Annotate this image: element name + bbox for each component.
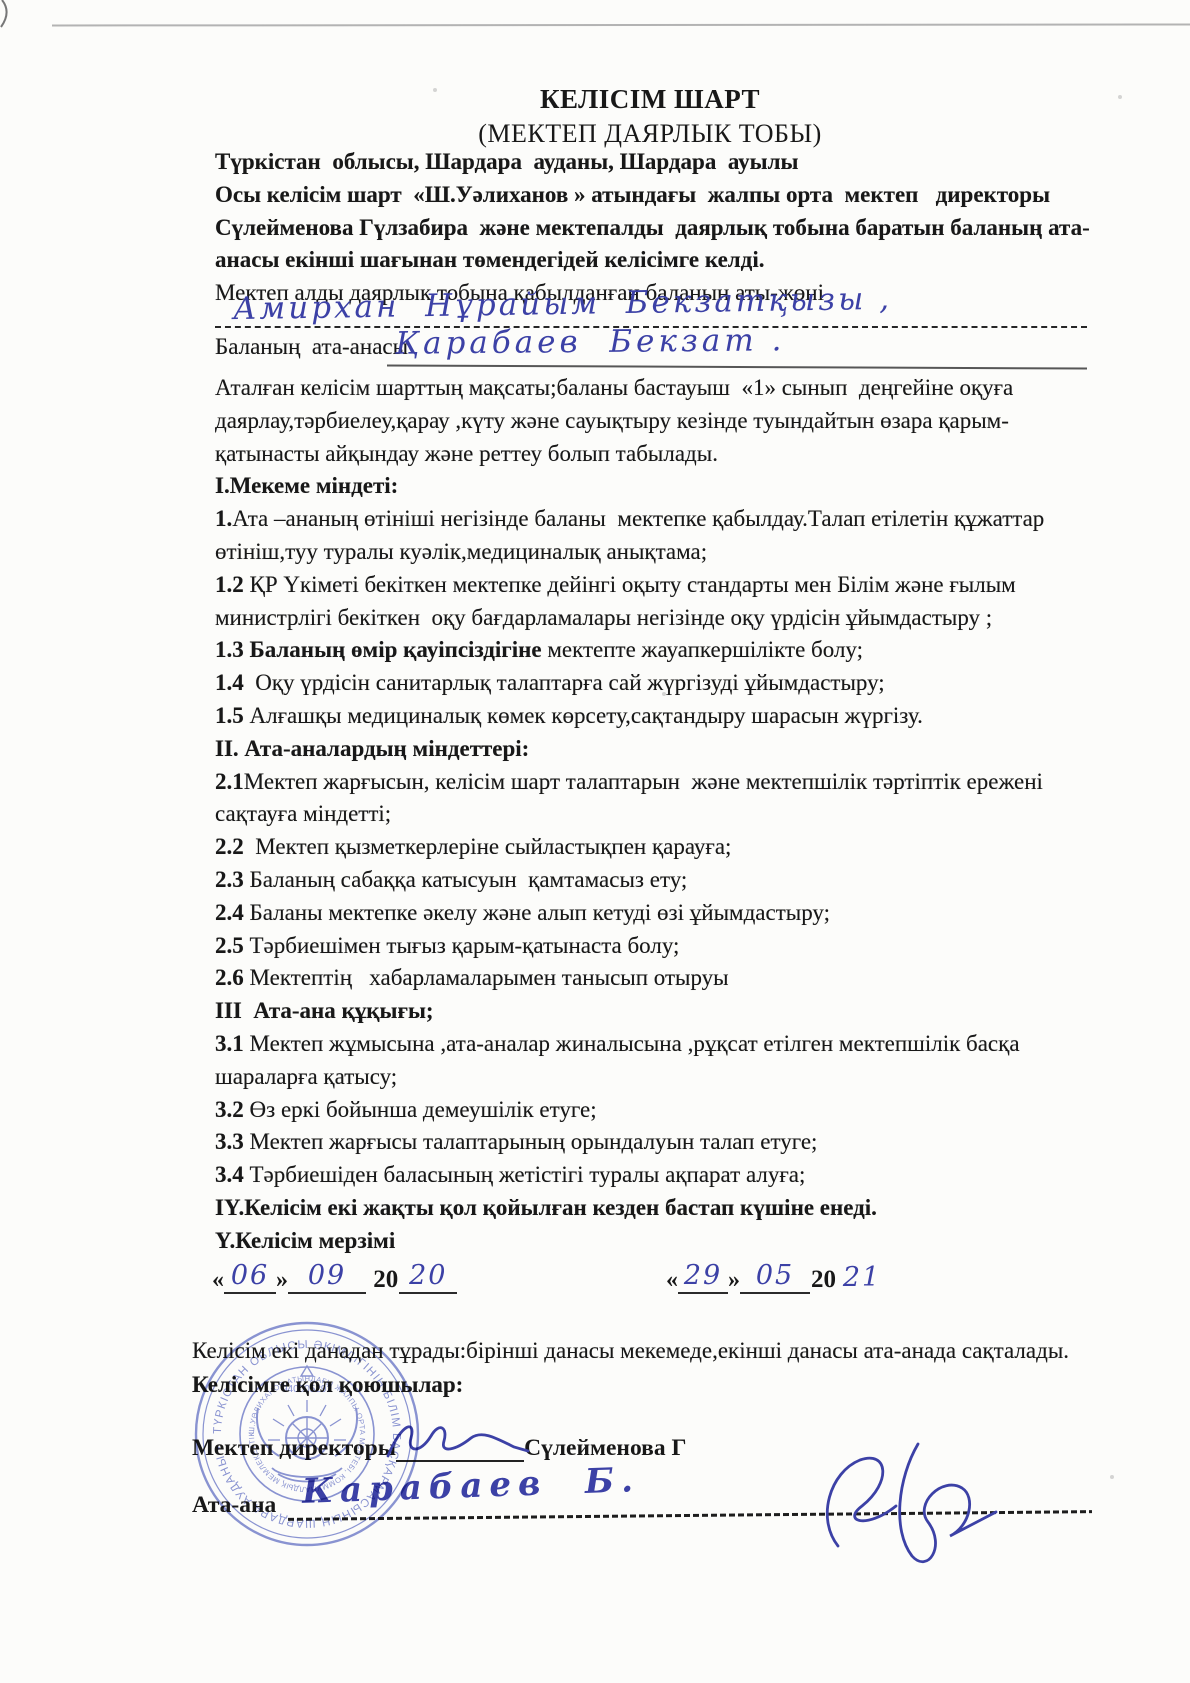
open-quote: « bbox=[666, 1267, 678, 1293]
line-bold-text: ІY.Келісім екі жақты қол қойылған кезден… bbox=[215, 1195, 877, 1220]
line-regular-text: Аталған келісім шарттың мақсаты;баланы б… bbox=[215, 375, 1013, 400]
text-line: министрлігі бекіткен оқу бағдарламалары … bbox=[215, 602, 1095, 635]
text-line: анасы екінші шағынан төмендегідей келісі… bbox=[215, 244, 1095, 277]
text-line: 2.6 Мектептің хабарламаларымен танысып о… bbox=[215, 962, 1095, 995]
scan-speck bbox=[1118, 95, 1122, 99]
line-bold-text: І.Мекеме міндеті: bbox=[215, 473, 398, 498]
line-bold-text: 1. bbox=[215, 506, 232, 531]
year-handwriting: 20 bbox=[409, 1260, 447, 1291]
line-bold-text: ІІІ Ата-ана құқығы; bbox=[215, 998, 434, 1023]
line-regular-text: Мектеп жұмысына ,ата-аналар жиналысына ,… bbox=[244, 1031, 1020, 1056]
end-date: «29»052021 bbox=[666, 1262, 887, 1294]
text-line: Осы келісім шарт «Ш.Уәлиханов » атындағы… bbox=[215, 179, 1095, 212]
line-bold-text: 3.4 bbox=[215, 1162, 244, 1187]
text-line: 1.5 Алғашқы медициналық көмек көрсету,са… bbox=[215, 700, 1095, 733]
director-name: Сүлейменова Г bbox=[524, 1435, 686, 1461]
line-regular-text: Алғашқы медициналық көмек көрсету,сақтан… bbox=[244, 703, 923, 728]
line-bold-text: 3.1 bbox=[215, 1031, 244, 1056]
text-line: ІY.Келісім екі жақты қол қойылған кезден… bbox=[215, 1192, 1095, 1225]
line-regular-text: Баланы мектепке әкелу және алып кетуді ө… bbox=[244, 900, 830, 925]
text-line: 2.1Мектеп жарғысын, келісім шарт талапта… bbox=[215, 766, 1095, 799]
line-regular-text: министрлігі бекіткен оқу бағдарламалары … bbox=[215, 605, 992, 630]
text-line: 3.1 Мектеп жұмысына ,ата-аналар жиналысы… bbox=[215, 1028, 1095, 1061]
line-regular-text: Мектеп қызметкерлеріне сыйластықпен қара… bbox=[244, 834, 732, 859]
line-bold-text: 2.5 bbox=[215, 933, 244, 958]
month-handwriting: 09 bbox=[308, 1260, 346, 1291]
line-bold-text: Сүлейменова Гүлзабира және мектепалды да… bbox=[215, 215, 1090, 240]
year-prefix: 20 bbox=[810, 1266, 837, 1293]
line-regular-text: қатынасты айқындау және реттеу болып таб… bbox=[215, 441, 718, 466]
line-regular-text: Тәрбиешімен тығыз қарым-қатынаста болу; bbox=[244, 933, 680, 958]
parent-name-label: Баланың ата-анасы bbox=[215, 334, 414, 359]
text-line: І.Мекеме міндеті: bbox=[215, 470, 1095, 503]
line-bold-text: 2.2 bbox=[215, 834, 244, 859]
line-bold-text: 2.6 bbox=[215, 965, 244, 990]
line-bold-text: ІІ. Ата-аналардың міндеттері: bbox=[215, 736, 529, 761]
line-regular-text: мектепте жауапкершілікте болу; bbox=[542, 637, 863, 662]
scanned-document-page: КЕЛІСІМ ШАРТ (МЕКТЕП ДАЯРЛЫК ТОБЫ) Түркі… bbox=[0, 0, 1190, 1683]
line-bold-text: Түркістан облысы, Шардара ауданы, Шардар… bbox=[215, 149, 799, 174]
line-bold-text: анасы екінші шағынан төмендегідей келісі… bbox=[215, 247, 764, 272]
line-bold-text: 3.2 bbox=[215, 1097, 244, 1122]
text-line: 2.5 Тәрбиешімен тығыз қарым-қатынаста бо… bbox=[215, 930, 1095, 963]
line-regular-text: ҚР Үкіметі бекіткен мектепке дейінгі оқы… bbox=[244, 572, 1016, 597]
corner-pen-mark bbox=[0, 0, 20, 30]
text-line: қатынасты айқындау және реттеу болып таб… bbox=[215, 438, 1095, 471]
text-line: 1.2 ҚР Үкіметі бекіткен мектепке дейінгі… bbox=[215, 569, 1095, 602]
line-regular-text: өтініш,туу туралы куәлік,медициналық аны… bbox=[215, 539, 707, 564]
parent-name-field: Баланың ата-анасы Қарабаев Бекзат . bbox=[215, 334, 1087, 372]
line-regular-text: Өз еркі бойынша демеушілік етуге; bbox=[244, 1097, 597, 1122]
text-line: 1.4 Оқу үрдісін санитарлық талаптарға са… bbox=[215, 667, 1095, 700]
line-bold-text: 3.3 bbox=[215, 1129, 244, 1154]
line-bold-text: 1.2 bbox=[215, 572, 244, 597]
text-line: 3.2 Өз еркі бойынша демеушілік етуге; bbox=[215, 1094, 1095, 1127]
line-bold-text: 1.5 bbox=[215, 703, 244, 728]
month-blank: 05 bbox=[740, 1262, 810, 1294]
document-subtitle: (МЕКТЕП ДАЯРЛЫК ТОБЫ) bbox=[215, 119, 1085, 149]
text-line: сақтауға міндетті; bbox=[215, 798, 1095, 831]
document-title: КЕЛІСІМ ШАРТ bbox=[215, 84, 1085, 115]
scan-line-artifact bbox=[52, 24, 1190, 27]
text-line: өтініш,туу туралы куәлік,медициналық аны… bbox=[215, 536, 1095, 569]
text-line: 3.4 Тәрбиешіден баласының жетістігі тура… bbox=[215, 1159, 1095, 1192]
official-round-stamp: ТҮРКІСТАН ОБЛЫСЫ ӘКІМДІГІНІҢ БІЛІМ БАСҚА… bbox=[184, 1288, 430, 1580]
line-regular-text: Мектептің хабарламаларымен танысып отыру… bbox=[244, 965, 729, 990]
dates-row: «06»09 2020 «29»052021 bbox=[0, 1262, 1190, 1312]
year-blank: 21 bbox=[837, 1264, 887, 1294]
text-line: 2.3 Баланың сабаққа катысуын қамтамасыз … bbox=[215, 864, 1095, 897]
text-line: ІІ. Ата-аналардың міндеттері: bbox=[215, 733, 1095, 766]
day-handwriting: 06 bbox=[231, 1260, 269, 1291]
text-line: Аталған келісім шарттың мақсаты;баланы б… bbox=[215, 372, 1095, 405]
stamp-inner-ring-text-holder: Ш.УӘЛИХАНОВ АТЫНДАҒЫ ЖАЛПЫ ОРТА МЕКТЕБІ,… bbox=[184, 1288, 367, 1494]
line-bold-text: 1.3 Баланың өмір қауіпсіздігіне bbox=[215, 637, 542, 662]
line-regular-text: Тәрбиешіден баласының жетістігі туралы а… bbox=[244, 1162, 806, 1187]
line-bold-text: 2.3 bbox=[215, 867, 244, 892]
year-handwriting: 21 bbox=[843, 1262, 881, 1293]
stamp-inner-ring-text: Ш.УӘЛИХАНОВ АТЫНДАҒЫ ЖАЛПЫ ОРТА МЕКТЕБІ,… bbox=[184, 1288, 367, 1494]
line-regular-text: сақтауға міндетті; bbox=[215, 801, 391, 826]
line-regular-text: Мектеп жарғысы талаптарының орындалуын т… bbox=[244, 1129, 818, 1154]
text-line: 2.2 Мектеп қызметкерлеріне сыйластықпен … bbox=[215, 831, 1095, 864]
parent-signature bbox=[800, 1434, 1010, 1574]
text-line: Y.Келісім мерзімі bbox=[215, 1225, 1095, 1258]
text-line: ІІІ Ата-ана құқығы; bbox=[215, 995, 1095, 1028]
line-bold-text: Осы келісім шарт «Ш.Уәлиханов » атындағы… bbox=[215, 182, 1050, 207]
text-line: Түркістан облысы, Шардара ауданы, Шардар… bbox=[215, 146, 1095, 179]
document-header: КЕЛІСІМ ШАРТ (МЕКТЕП ДАЯРЛЫК ТОБЫ) bbox=[215, 84, 1085, 149]
text-line: 1.Ата –ананың өтініші негізінде баланы м… bbox=[215, 503, 1095, 536]
parent-name-underline bbox=[387, 364, 1087, 369]
line-regular-text: шараларға қатысу; bbox=[215, 1064, 397, 1089]
line-regular-text: даярлау,тәрбиелеу,қарау ,күту және сауық… bbox=[215, 408, 1009, 433]
text-line: Сүлейменова Гүлзабира және мектепалды да… bbox=[215, 212, 1095, 245]
line-regular-text: Ата –ананың өтініші негізінде баланы мек… bbox=[232, 506, 1044, 531]
text-line: даярлау,тәрбиелеу,қарау ,күту және сауық… bbox=[215, 405, 1095, 438]
line-regular-text: Оқу үрдісін санитарлық талаптарға сай жү… bbox=[244, 670, 885, 695]
close-quote: » bbox=[728, 1267, 740, 1293]
stamp-number: 940005292 bbox=[282, 1384, 332, 1395]
line-regular-text: Мектеп жарғысын, келісім шарт талаптарын… bbox=[244, 769, 1043, 794]
text-line: 2.4 Баланы мектепке әкелу және алып кету… bbox=[215, 897, 1095, 930]
line-bold-text: 2.1 bbox=[215, 769, 244, 794]
day-handwriting: 29 bbox=[684, 1260, 722, 1291]
month-handwriting: 05 bbox=[756, 1260, 794, 1291]
parent-name-handwriting: Қарабаев Бекзат . bbox=[395, 322, 786, 361]
line-bold-text: 1.4 bbox=[215, 670, 244, 695]
text-line: 1.3 Баланың өмір қауіпсіздігіне мектепте… bbox=[215, 634, 1095, 667]
text-line: шараларға қатысу; bbox=[215, 1061, 1095, 1094]
text-line: 3.3 Мектеп жарғысы талаптарының орындалу… bbox=[215, 1126, 1095, 1159]
line-bold-text: 2.4 bbox=[215, 900, 244, 925]
line-bold-text: Y.Келісім мерзімі bbox=[215, 1228, 395, 1253]
contract-clauses: Аталған келісім шарттың мақсаты;баланы б… bbox=[215, 372, 1095, 1258]
day-blank: 29 bbox=[678, 1262, 728, 1294]
line-regular-text: Баланың сабаққа катысуын қамтамасыз ету; bbox=[244, 867, 688, 892]
